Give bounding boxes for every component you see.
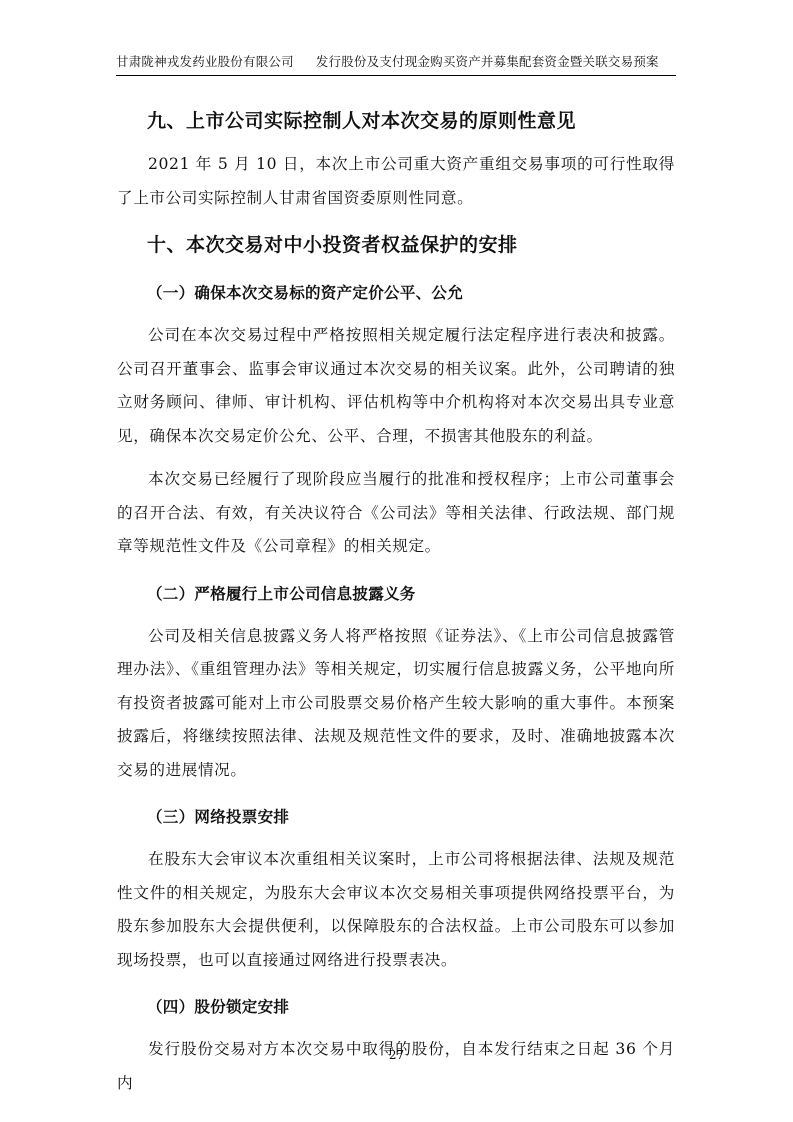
header-document-title: 发行股份及支付现金购买资产并募集配套资金暨关联交易预案: [316, 54, 659, 69]
header-rule: [116, 75, 676, 76]
header-company: 甘肃陇神戎发药业股份有限公司: [116, 54, 294, 69]
subsection-heading-3: （三）网络投票安排: [117, 805, 675, 827]
paragraph: 发行股份交易对方本次交易中取得的股份，自本发行结束之日起 36 个月内: [117, 1033, 675, 1100]
subsection-heading-2: （二）严格履行上市公司信息披露义务: [117, 582, 675, 604]
paragraph: 公司在本次交易过程中严格按照相关规定履行法定程序进行表决和披露。公司召开董事会、…: [117, 319, 675, 453]
section-heading-10: 十、本次交易对中小投资者权益保护的安排: [117, 230, 675, 257]
paragraph: 本次交易已经履行了现阶段应当履行的批准和授权程序；上市公司董事会的召开合法、有效…: [117, 463, 675, 564]
page-number: 27: [0, 1048, 793, 1062]
paragraph: 公司及相关信息披露义务人将严格按照《证券法》、《上市公司信息披露管理办法》、《重…: [117, 620, 675, 788]
subsection-heading-1: （一）确保本次交易标的资产定价公平、公允: [117, 281, 675, 303]
section-heading-9: 九、上市公司实际控制人对本次交易的原则性意见: [117, 106, 675, 133]
running-header: 甘肃陇神戎发药业股份有限公司发行股份及支付现金购买资产并募集配套资金暨关联交易预…: [116, 52, 676, 70]
paragraph: 在股东大会审议本次重组相关议案时，上市公司将根据法律、法规及规范性文件的相关规定…: [117, 843, 675, 977]
page-content: 九、上市公司实际控制人对本次交易的原则性意见 2021 年 5 月 10 日，本…: [117, 100, 675, 1100]
paragraph: 2021 年 5 月 10 日，本次上市公司重大资产重组交易事项的可行性取得了上…: [117, 148, 675, 215]
subsection-heading-4: （四）股份锁定安排: [117, 995, 675, 1017]
